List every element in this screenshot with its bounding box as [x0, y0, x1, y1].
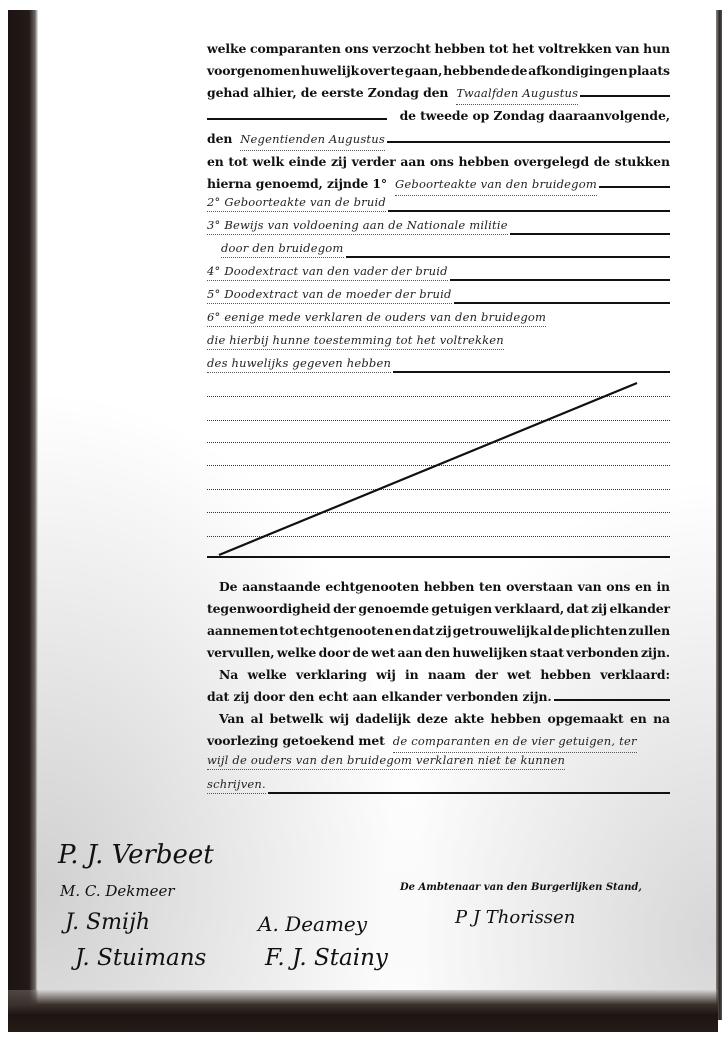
signature-witness-1: J. Smijh [65, 910, 150, 935]
word: verbonden [566, 642, 638, 664]
word: verklaard, [495, 598, 564, 620]
word: hebben [424, 576, 475, 598]
word: van [578, 576, 602, 598]
word: dat [412, 620, 434, 642]
word: huwelijken [452, 642, 527, 664]
word: zij [591, 598, 607, 620]
word: wij [329, 708, 349, 730]
word: de [553, 620, 569, 642]
cancellation-stroke [207, 38, 670, 598]
word: na [653, 708, 670, 730]
word: De [219, 576, 237, 598]
signing-line-3: wijl de ouders van den bruidegom verklar… [207, 748, 670, 770]
signature-witness-3: J. Stuimans [75, 945, 206, 971]
fill-rule [268, 780, 670, 794]
word: getuigen [431, 598, 492, 620]
word: en [630, 708, 647, 730]
declaration-line-2: tegenwoordigheid der genoemde getuigen v… [207, 598, 670, 620]
word: al [251, 708, 264, 730]
signatories-entry-continued: wijl de ouders van den bruidegom verklar… [207, 752, 565, 770]
word: wij [376, 664, 396, 686]
word: zijn. [641, 642, 670, 664]
word: hebben [540, 664, 591, 686]
word: elkander [610, 598, 671, 620]
word: opgemaakt [547, 708, 623, 730]
word: echtgenooten [325, 576, 419, 598]
word: dadelijk [355, 708, 410, 730]
word: aannemen [207, 620, 278, 642]
scan-border-bottom [8, 990, 718, 1032]
word: welke [277, 642, 316, 664]
word: genoemde [358, 598, 429, 620]
word: door [319, 642, 350, 664]
signature-groom: P. J. Verbeet [58, 840, 214, 870]
word: in [405, 664, 419, 686]
word: overstaan [506, 576, 573, 598]
declaration-line-6: dat zij door den echt aan elkander verbo… [207, 686, 670, 708]
declaration-line-3: aannemen tot echtgenooten en dat zij get… [207, 620, 670, 642]
word: Van [219, 708, 244, 730]
word: de [352, 642, 368, 664]
signature-witness-4: F. J. Stainy [265, 945, 388, 971]
word: tot [279, 620, 298, 642]
word: staat [530, 642, 564, 664]
word: welke [247, 664, 286, 686]
word: verklaring [296, 664, 367, 686]
scan-border-left [8, 10, 38, 1030]
scan-border-right [716, 10, 722, 1020]
word: en [395, 620, 412, 642]
declaration-line-4: vervullen, welke door de wet aan den huw… [207, 642, 670, 664]
word: zij [436, 620, 452, 642]
word: ten [479, 576, 501, 598]
signature-bride: M. C. Dekmeer [60, 882, 175, 900]
declaration-line-1: De aanstaande echtgenooten hebben ten ov… [219, 576, 670, 598]
declaration-closing: dat zij door den echt aan elkander verbo… [207, 686, 552, 708]
official-title: De Ambtenaar van den Burgerlijken Stand, [400, 882, 642, 893]
fill-rule [554, 687, 670, 701]
word: in [656, 576, 670, 598]
word: hebben [491, 708, 542, 730]
word: echtgenooten [300, 620, 394, 642]
word: plichten [571, 620, 627, 642]
signing-line-4: schrijven. [207, 772, 670, 794]
word: zullen [628, 620, 670, 642]
word: wet [371, 642, 395, 664]
word: wet [507, 664, 531, 686]
word: aan [398, 642, 423, 664]
word: der [333, 598, 356, 620]
word: en [635, 576, 652, 598]
word: aanstaande [242, 576, 320, 598]
word: tegenwoordigheid [207, 598, 331, 620]
word: betwelk [270, 708, 323, 730]
word: vervullen, [207, 642, 274, 664]
signature-witness-2: A. Deamey [258, 912, 367, 936]
word: Na [219, 664, 238, 686]
word: den [425, 642, 450, 664]
word: akte [454, 708, 484, 730]
signing-line-1: Van al betwelk wij dadelijk deze akte he… [219, 708, 670, 730]
word: ons [606, 576, 630, 598]
signatories-entry-end: schrijven. [207, 776, 266, 794]
word: deze [417, 708, 448, 730]
word: dat [567, 598, 589, 620]
word: al [540, 620, 553, 642]
word: verklaard: [600, 664, 670, 686]
word: getrouwelijk [453, 620, 539, 642]
signature-registrar: P J Thorissen [455, 907, 575, 928]
declaration-line-5: Na welke verklaring wij in naam der wet … [219, 664, 670, 686]
word: naam [428, 664, 466, 686]
word: der [475, 664, 498, 686]
